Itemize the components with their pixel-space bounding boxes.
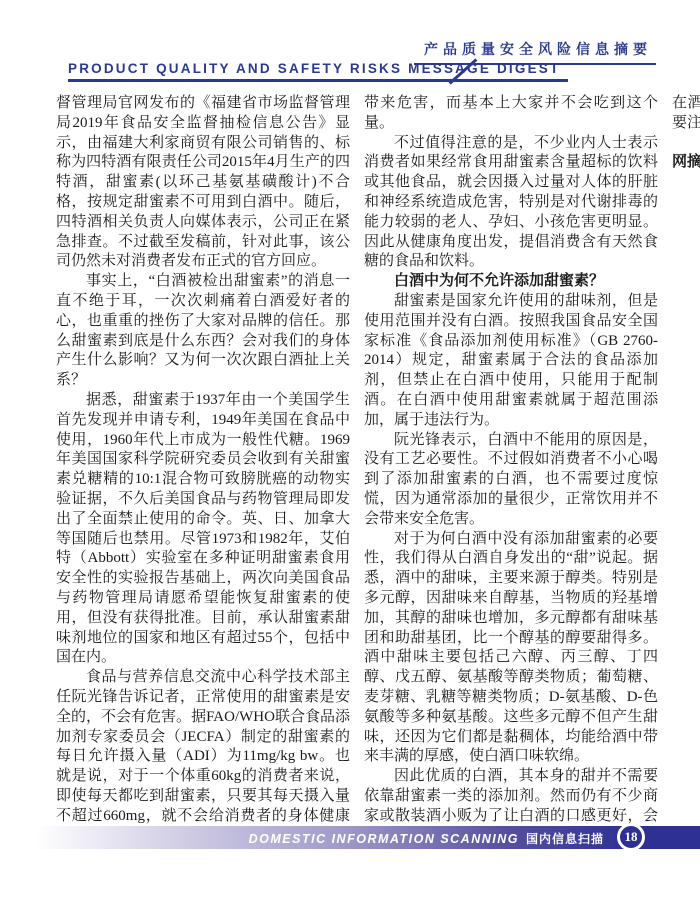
page-title-english: PRODUCT QUALITY AND SAFETY RISKS MESSAGE… <box>68 61 568 82</box>
article-paragraph: 甜蜜素是国家允许使用的甜味剂，但是使用范围并没有白酒。按照我国食品安全国家标准《… <box>364 292 658 431</box>
article-paragraph: 对于为何白酒中没有添加甜蜜素的必要性，我们得从白酒自身发出的“甜”说起。据悉，酒… <box>364 530 658 768</box>
footer-bar: DOMESTIC INFORMATION SCANNING国内信息扫描 18 <box>0 826 700 849</box>
section-heading: 白酒中为何不允许添加甜蜜素？ <box>364 272 658 292</box>
footer-section-label: DOMESTIC INFORMATION SCANNING国内信息扫描 <box>249 830 604 848</box>
page-number-badge: 18 <box>617 823 645 851</box>
article-paragraph: 不过值得注意的是，不少业内人士表示消费者如果经常食用甜蜜素含量超标的饮料或其他食… <box>364 134 658 273</box>
footer-label-chinese: 国内信息扫描 <box>526 832 604 846</box>
footer-label-english: DOMESTIC INFORMATION SCANNING <box>249 832 519 846</box>
article-body: 督管理局官网发布的《福建省市场监督管理局2019年食品安全监督抽检信息公告》显示… <box>56 94 658 828</box>
magazine-page: 产品质量安全风险信息摘要 PRODUCT QUALITY AND SAFETY … <box>0 0 700 900</box>
article-paragraph: 督管理局官网发布的《福建省市场监督管理局2019年食品安全监督抽检信息公告》显示… <box>56 94 350 272</box>
article-paragraph: 据悉，甜蜜素于1937年由一个美国学生首先发现并申请专利，1949年美国在食品中… <box>56 391 350 668</box>
article-paragraph: 事实上，“白酒被检出甜蜜素”的消息一直不绝于耳，一次次刺痛着白酒爱好者的心，也重… <box>56 272 350 391</box>
source-note: （信息来源：福建省市场监督管理局官网摘录人：张金景） <box>672 134 700 174</box>
article-paragraph: 阮光锋表示，白酒中不能用的原因是，没有工艺必要性。不过假如消费者不小心喝到了添加… <box>364 431 658 530</box>
